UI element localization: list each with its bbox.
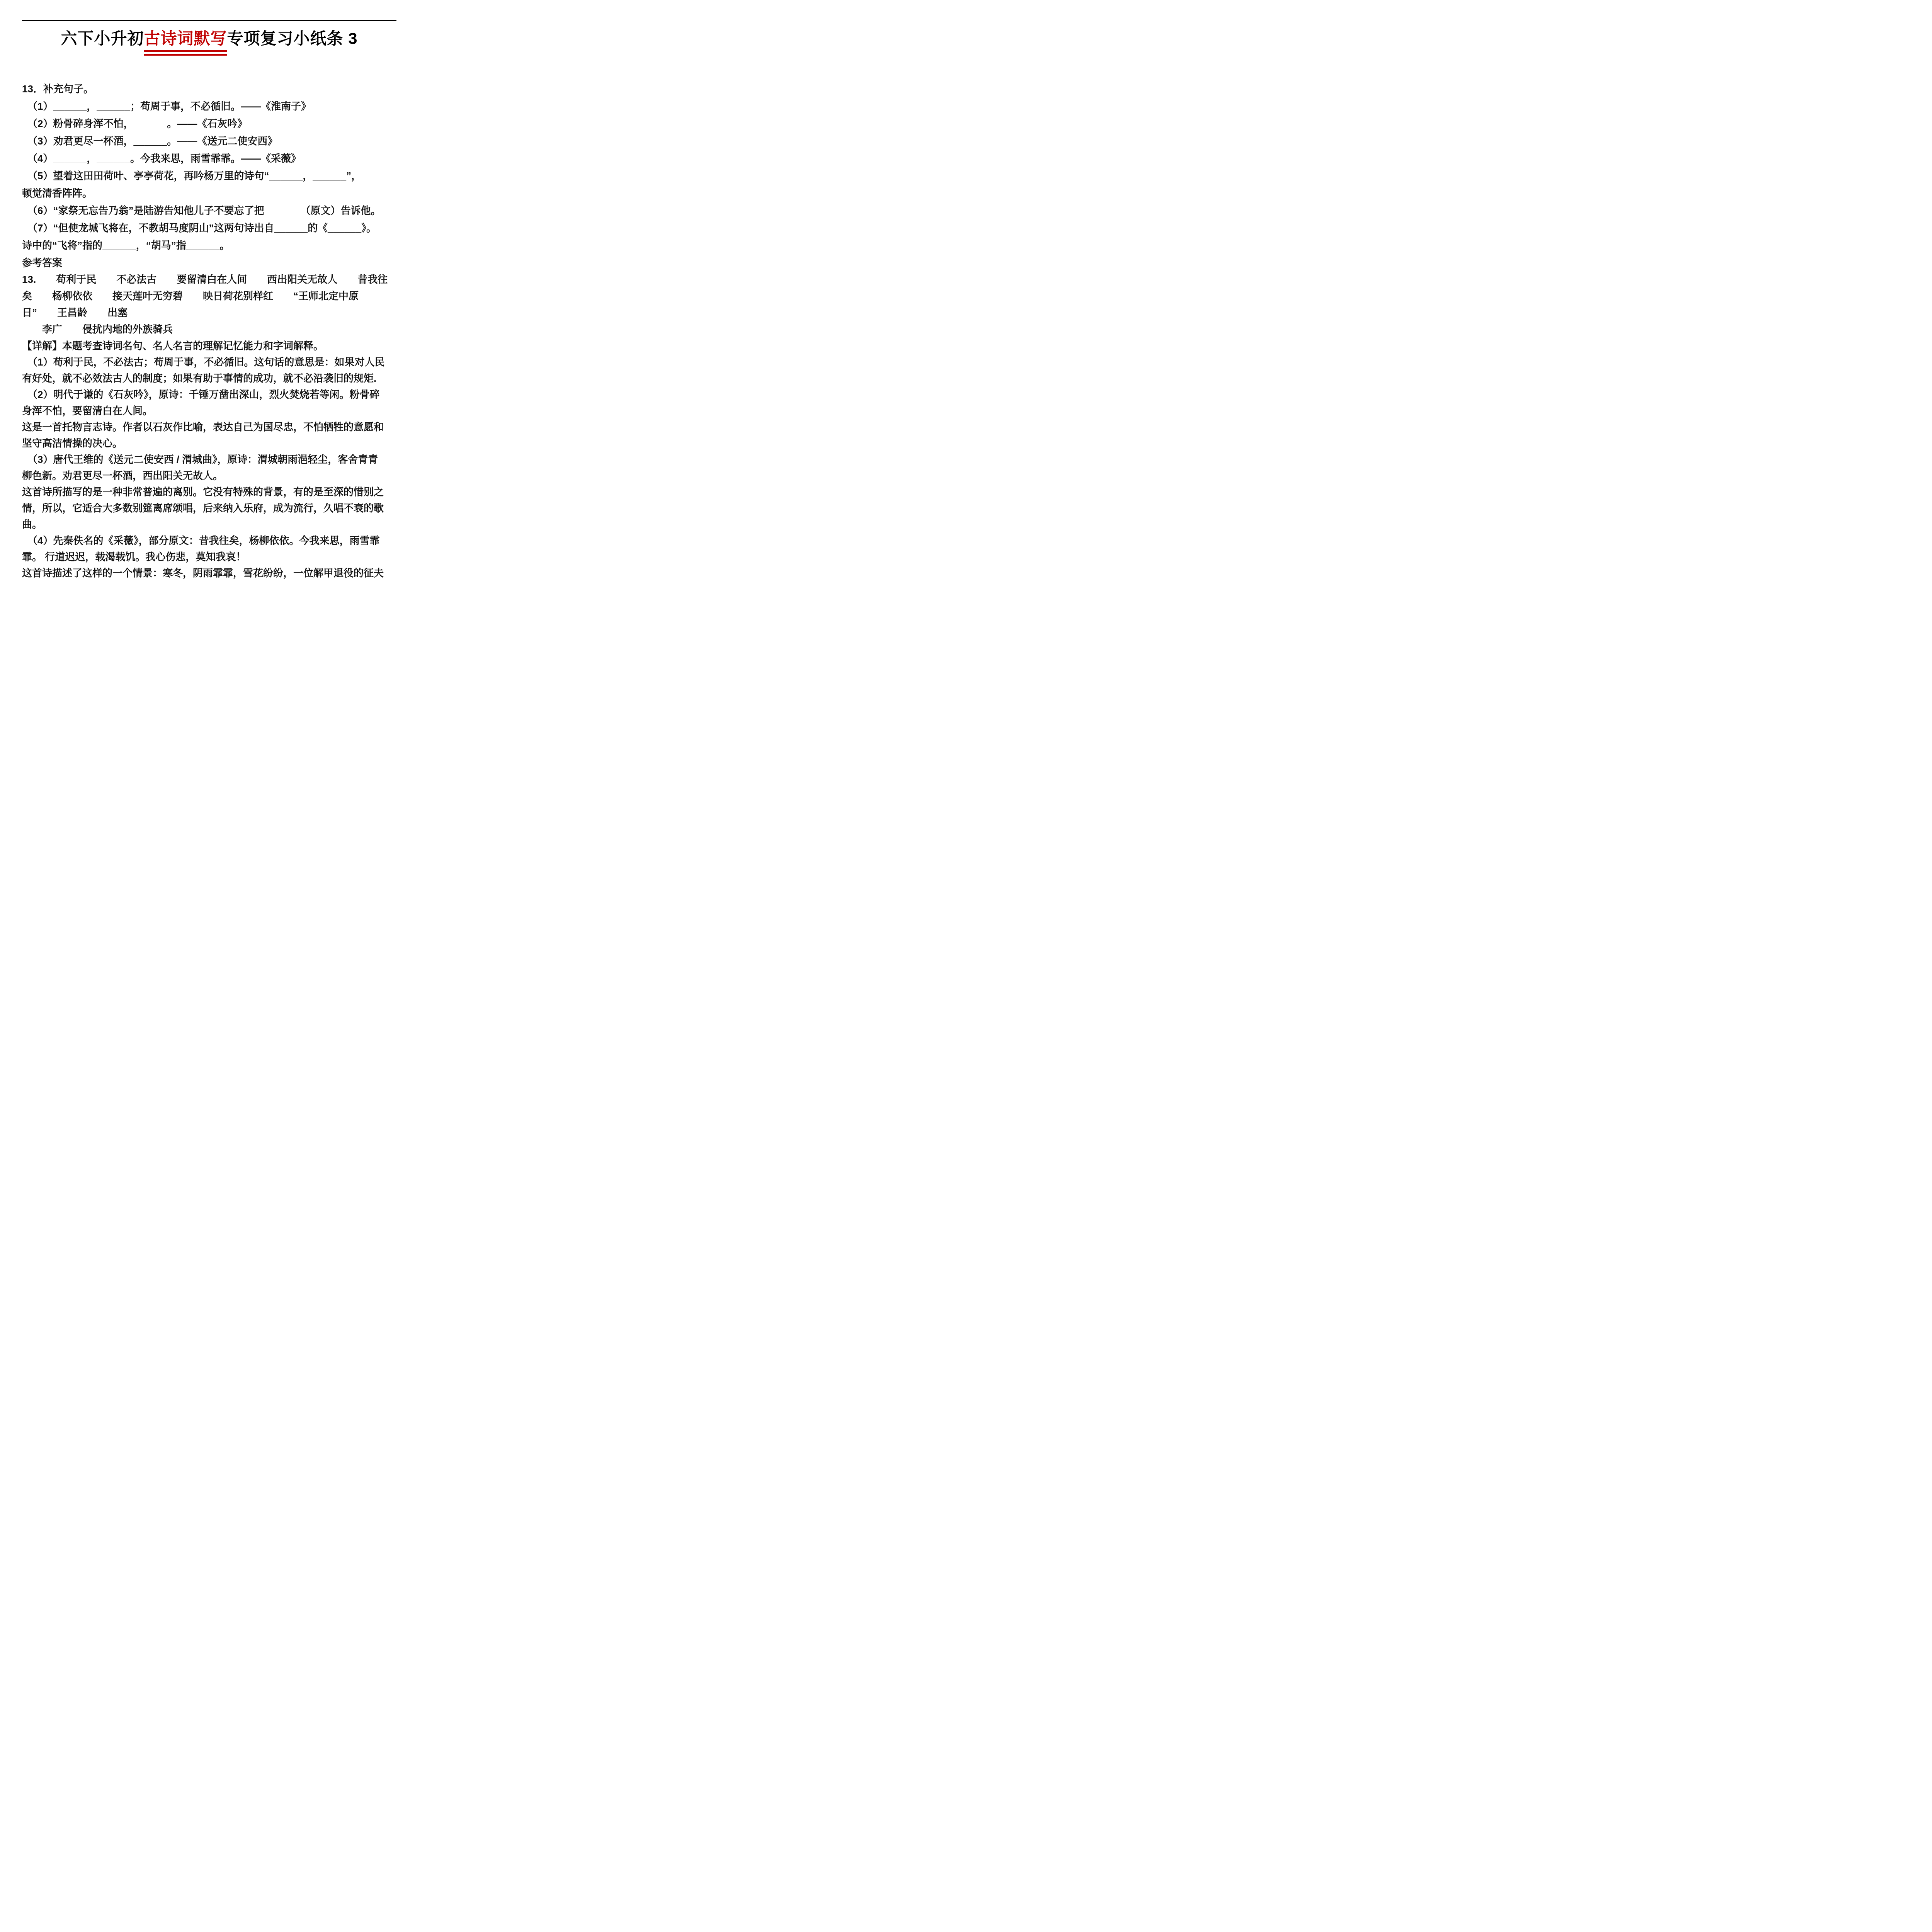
question-line-5b: 顿觉清香阵阵。: [22, 185, 396, 201]
explanation-line-0: 【详解】本题考查诗词名句、名人名言的理解记忆能力和字词解释。: [22, 338, 396, 354]
explanation-line-4: 身浑不怕，要留清白在人间。: [22, 403, 396, 419]
question-line-6: （6）“家祭无忘告乃翁”是陆游告知他儿子不要忘了把______ （原文）告诉他。: [22, 202, 396, 219]
question-line-1: （1）______，______；苟周于事，不必循旧。——《淮南子》: [22, 98, 396, 114]
explanation-line-2: 有好处，就不必效法古人的制度；如果有助于事情的成功，就不必沿袭旧的规矩.: [22, 370, 396, 386]
page-title: 六下小升初古诗词默写专项复习小纸条 3: [22, 26, 396, 49]
worksheet-body: 13．补充句子。 （1）______，______；苟周于事，不必循旧。——《淮…: [22, 81, 396, 581]
explanation-line-10: 情，所以，它适合大多数别筵离席颂唱，后来纳入乐府，成为流行，久唱不衰的歌: [22, 500, 396, 516]
explanation-line-9: 这首诗所描写的是一种非常普遍的离别。它没有特殊的背景，有的是至深的惜别之: [22, 484, 396, 500]
top-rule: [22, 20, 396, 21]
explanation-line-1: （1）苟利于民，不必法古；苟周于事，不必循旧。这句话的意思是：如果对人民: [22, 354, 396, 370]
question-line-5a: （5）望着这田田荷叶、亭亭荷花，再吟杨万里的诗句“______，______”，: [22, 168, 396, 184]
explanation-line-8: 柳色新。劝君更尽一杯酒，西出阳关无故人。: [22, 468, 396, 484]
question-line-4: （4）______，______。今我来思，雨雪霏霏。——《采薇》: [22, 150, 396, 167]
answers-heading: 参考答案: [22, 255, 396, 271]
title-suffix: 专项复习小纸条 3: [227, 29, 358, 48]
explanation-line-6: 坚守高洁情操的决心。: [22, 435, 396, 451]
explanation-line-13: 霏。 行道迟迟，载渴载饥。我心伤悲，莫知我哀！: [22, 549, 396, 565]
answer-line-1: 13. 苟利于民 不必法古 要留清白在人间 西出阳关无故人 昔我往: [22, 271, 396, 287]
explanation-line-12: （4）先秦佚名的《采薇》，部分原文：昔我往矣，杨柳依依。今我来思，雨雪霏: [22, 532, 396, 549]
question-line-2: （2）粉骨碎身浑不怕，______。——《石灰吟》: [22, 116, 396, 132]
explanation-line-14: 这首诗描述了这样的一个情景：寒冬，阴雨霏霏，雪花纷纷，一位解甲退役的征夫: [22, 565, 396, 581]
worksheet-page: 六下小升初古诗词默写专项复习小纸条 3 13．补充句子。 （1）______，_…: [0, 20, 418, 592]
explanation-line-11: 曲。: [22, 516, 396, 532]
explanation-line-5: 这是一首托物言志诗。作者以石灰作比喻，表达自己为国尽忠，不怕牺牲的意愿和: [22, 419, 396, 435]
answer-line-3: 日” 王昌龄 出塞: [22, 304, 396, 321]
question-line-7b: 诗中的“飞将”指的______，“胡马”指______。: [22, 237, 396, 253]
question-line-3: （3）劝君更尽一杯酒，______。——《送元二使安西》: [22, 133, 396, 149]
title-prefix: 六下小升初: [61, 29, 144, 48]
question-line-7a: （7）“但使龙城飞将在，不教胡马度阴山”这两句诗出自______的《______…: [22, 220, 396, 236]
explanation-line-7: （3）唐代王维的《送元二使安西 / 渭城曲》，原诗：渭城朝雨浥轻尘，客舍青青: [22, 451, 396, 468]
answer-line-2: 矣 杨柳依依 接天莲叶无穷碧 映日荷花别样红 “王师北定中原: [22, 288, 396, 304]
answer-line-4: 李广 侵扰内地的外族骑兵: [22, 321, 396, 337]
explanation-line-3: （2）明代于谦的《石灰吟》，原诗：千锤万凿出深山，烈火焚烧若等闲。粉骨碎: [22, 386, 396, 403]
question-heading: 13．补充句子。: [22, 81, 396, 97]
title-highlight: 古诗词默写: [144, 26, 227, 49]
